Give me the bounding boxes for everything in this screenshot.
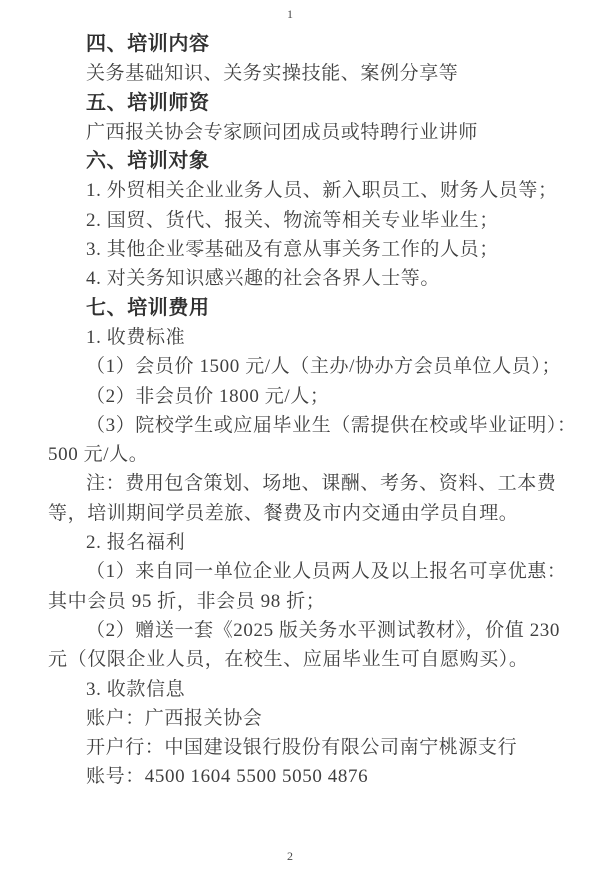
paragraph-line: 关务基础知识、关务实操技能、案例分享等 [48, 59, 578, 88]
paragraph-line-account-name: 账户：广西报关协会 [48, 704, 578, 733]
list-item: （3）院校学生或应届毕业生（需提供在校或毕业证明）： [48, 411, 578, 440]
list-item: （2）非会员价 1800 元/人； [48, 382, 578, 411]
list-item: 3. 其他企业零基础及有意从事关务工作的人员； [48, 235, 578, 264]
section-heading-training-audience: 六、培训对象 [48, 147, 578, 176]
paragraph-line: 广西报关协会专家顾问团成员或特聘行业讲师 [48, 118, 578, 147]
list-item: （1）会员价 1500 元/人（主办/协办方会员单位人员）； [48, 352, 578, 381]
list-item: （2）赠送一套《2025 版关务水平测试教材》，价值 230 [48, 616, 578, 645]
list-item: 3. 收款信息 [48, 675, 578, 704]
list-item: 1. 收费标准 [48, 323, 578, 352]
paragraph-line: 注：费用包含策划、场地、课酬、考务、资料、工本费 [48, 469, 578, 498]
list-item: 1. 外贸相关企业业务人员、新入职员工、财务人员等； [48, 176, 578, 205]
paragraph-line: 其中会员 95 折，非会员 98 折； [48, 587, 578, 616]
header-page-number: 1 [0, 7, 580, 22]
list-item: 2. 国贸、货代、报关、物流等相关专业毕业生； [48, 206, 578, 235]
list-item: 4. 对关务知识感兴趣的社会各界人士等。 [48, 264, 578, 293]
section-heading-training-fees: 七、培训费用 [48, 294, 578, 323]
paragraph-line: 500 元/人。 [48, 440, 578, 469]
footer-page-number: 2 [0, 849, 580, 864]
paragraph-line: 等，培训期间学员差旅、餐费及市内交通由学员自理。 [48, 499, 578, 528]
paragraph-line-account-number: 账号：4500 1604 5500 5050 4876 [48, 762, 578, 791]
list-item: （1）来自同一单位企业人员两人及以上报名可享优惠： [48, 557, 578, 586]
document-page: 1 四、培训内容 关务基础知识、关务实操技能、案例分享等 五、培训师资 广西报关… [0, 0, 613, 877]
paragraph-line: 元（仅限企业人员，在校生、应届毕业生可自愿购买）。 [48, 645, 578, 674]
section-heading-training-faculty: 五、培训师资 [48, 89, 578, 118]
document-body: 四、培训内容 关务基础知识、关务实操技能、案例分享等 五、培训师资 广西报关协会… [48, 30, 578, 792]
paragraph-line-bank-name: 开户行：中国建设银行股份有限公司南宁桃源支行 [48, 733, 578, 762]
list-item: 2. 报名福利 [48, 528, 578, 557]
section-heading-training-content: 四、培训内容 [48, 30, 578, 59]
